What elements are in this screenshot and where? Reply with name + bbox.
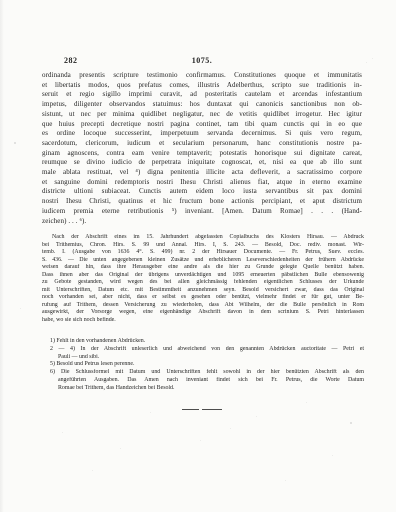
charter-line: que huius precepti decretique nostri pag… bbox=[42, 120, 362, 130]
footnote-line: 1) Fehlt in den vorhandenen Abdrücken. bbox=[42, 338, 364, 346]
section-separator-rule bbox=[182, 409, 222, 411]
commentary-line: Nach der Abschrift eines im 15. Jahrhund… bbox=[42, 234, 364, 242]
commentary-line: Dass ihnen aber das Original der übrigen… bbox=[42, 272, 364, 280]
commentary-line: S. 436. — Die unten angegebenen kleinen … bbox=[42, 257, 364, 265]
page-header: 282 1075. bbox=[42, 56, 362, 68]
scanned-book-page: 282 1075. ordinanda presentis scripture … bbox=[0, 0, 396, 512]
charter-line: et libertatis modos, quos prefatus comes… bbox=[42, 81, 362, 91]
charter-line: impetus, diligenter observandos statuimu… bbox=[42, 100, 362, 110]
charter-line: iudicem premia eterne retributionis ⁵) i… bbox=[42, 207, 362, 217]
charter-line: et sanguine domini redemptoris nostri Ih… bbox=[42, 178, 362, 188]
charter-line: male ablata restituat, vel ⁴) digna peni… bbox=[42, 168, 362, 178]
scan-edge-shadow bbox=[0, 0, 4, 512]
footnote-line: Pauli — und sibi. bbox=[42, 354, 364, 362]
footnote-line: Romae bei Trithem, das Handzeichen bei B… bbox=[42, 385, 364, 393]
document-year-heading: 1075. bbox=[42, 56, 362, 65]
charter-line: ordinanda presentis scripture testimonio… bbox=[42, 71, 362, 81]
commentary-line: temb. I. (Ausgabe von 1636 4°. S. 499) n… bbox=[42, 249, 364, 257]
commentary-line: zu Gebote gestanden, wird wegen des bei … bbox=[42, 279, 364, 287]
footnote-line: angeführten Ausgaben. Das Amen nach inve… bbox=[42, 377, 364, 385]
charter-line: ginam agnoscens, contra eam venire tempt… bbox=[42, 149, 362, 159]
commentary-line: rufung auf Trithem, dessen Versicherung … bbox=[42, 302, 364, 310]
commentary-line: weisen darauf hin, dass ihre Herausgeber… bbox=[42, 264, 364, 272]
charter-line: es ordine locoque successerint, imperpet… bbox=[42, 129, 362, 139]
charter-line: nostri Ihesu Christi, quatinus et hic fr… bbox=[42, 197, 362, 207]
footnote-line: 2 — 4) In der Abschrift unleserlich und … bbox=[42, 346, 364, 354]
commentary-line: bei Trithemius, Chron. Hirs. S. 99 und A… bbox=[42, 242, 364, 250]
charter-line: zeichen) . . . ⁶). bbox=[42, 217, 362, 227]
charter-line: districte ultioni subiaceat. Cunctis aut… bbox=[42, 187, 362, 197]
editorial-commentary-block: Nach der Abschrift eines im 15. Jahrhund… bbox=[42, 234, 364, 325]
charter-line: sacerdotum, clericorum, iudicum et secul… bbox=[42, 139, 362, 149]
commentary-line: ausgewirkt, der Vorsorge wegen, eine eig… bbox=[42, 309, 364, 317]
charter-line: sistunt, ut nec per minima quidlibet neg… bbox=[42, 110, 362, 120]
footnote-line: 6) Die Schlussformel mit Datum und Unter… bbox=[42, 369, 364, 377]
commentary-line: noch vorhanden sei, aber nicht, dass er … bbox=[42, 294, 364, 302]
charter-line: seruit et regio sigillo imprimi curavit,… bbox=[42, 90, 362, 100]
commentary-line: mit Unterschriften, Datum etc. mit Besti… bbox=[42, 287, 364, 295]
footnotes-block: 1) Fehlt in den vorhandenen Abdrücken. 2… bbox=[42, 338, 364, 393]
footnote-line: 5) Besold und Petrus lesen perenne. bbox=[42, 361, 364, 369]
commentary-line: habe, wo sie sich noch befinde. bbox=[42, 317, 364, 325]
charter-line: reumque se divino iudicio de perpetrata … bbox=[42, 158, 362, 168]
charter-text-block: ordinanda presentis scripture testimonio… bbox=[42, 71, 362, 226]
